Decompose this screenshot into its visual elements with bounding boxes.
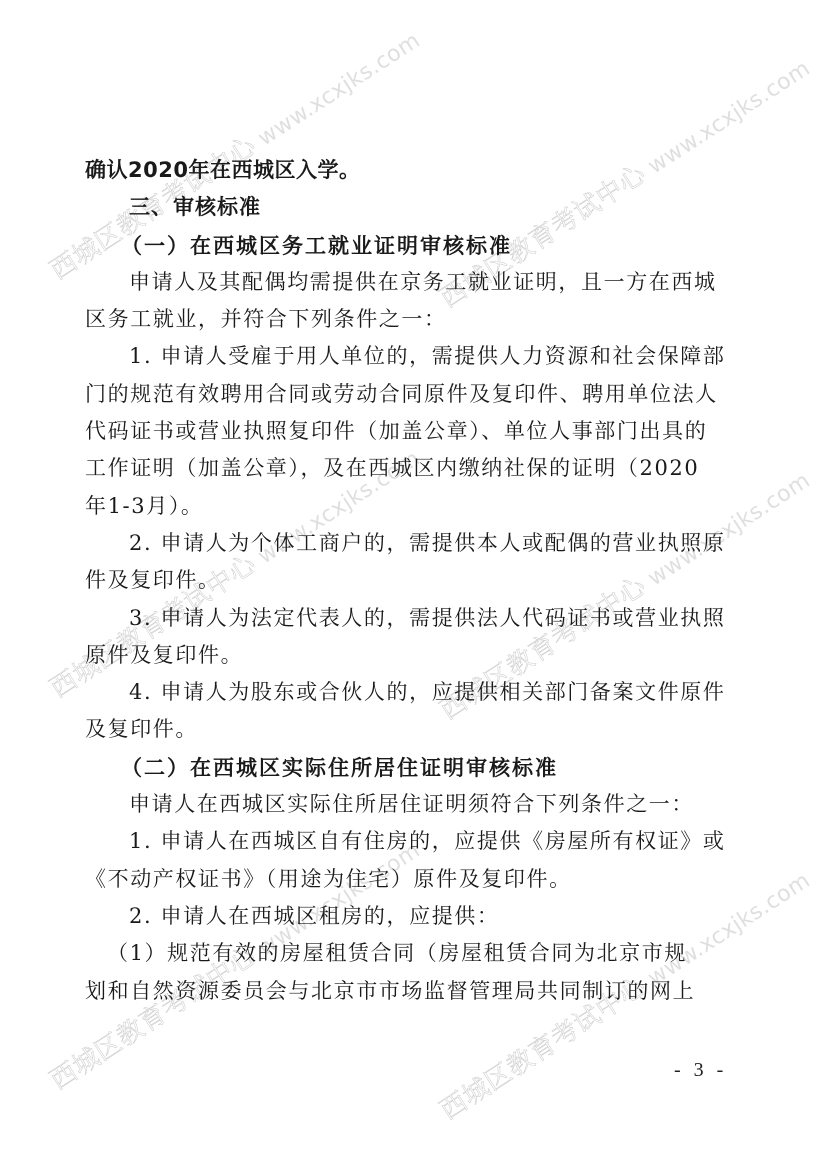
paragraph-line: 区务工就业，并符合下列条件之一： [85, 301, 725, 338]
sub-list-item-line: 划和自然资源委员会与北京市市场监督管理局共同制订的网上 [85, 973, 725, 1010]
watermark-url: www.xcxjks.com [254, 28, 425, 151]
list-item-line: 门的规范有效聘用合同或劳动合同原件及复印件、聘用单位法人 [85, 376, 725, 413]
list-item-line: 1. 申请人受雇于用人单位的，需提供人力资源和社会保障部 [85, 338, 725, 375]
document-page: 西城区教育考试中心 www.xcxjks.com 西城区教育考试中心 www.x… [0, 0, 826, 1169]
section-heading: 三、审核标准 [85, 189, 725, 226]
list-item-line: 《不动产权证书》（用途为住宅）原件及复印件。 [85, 861, 725, 898]
list-item-line: 代码证书或营业执照复印件（加盖公章）、单位人事部门出具的 [85, 413, 725, 450]
paragraph-line: 申请人在西城区实际住所居住证明须符合下列条件之一： [85, 786, 725, 823]
text-line: 确认2020年在西城区入学。 [85, 152, 725, 189]
list-item-line: 原件及复印件。 [85, 637, 725, 674]
subsection-heading: （一）在西城区务工就业证明审核标准 [85, 227, 725, 264]
page-number: - 3 - [674, 1059, 727, 1082]
list-item-line: 及复印件。 [85, 711, 725, 748]
list-item-line: 2. 申请人在西城区租房的，应提供： [85, 898, 725, 935]
sub-list-item-line: （1）规范有效的房屋租赁合同（房屋租赁合同为北京市规 [85, 935, 725, 972]
list-item-line: 工作证明（加盖公章），及在西城区内缴纳社保的证明（2020 [85, 450, 725, 487]
list-item-line: 3. 申请人为法定代表人的，需提供法人代码证书或营业执照 [85, 600, 725, 637]
list-item-line: 4. 申请人为股东或合伙人的，应提供相关部门备案文件原件 [85, 674, 725, 711]
list-item-line: 件及复印件。 [85, 562, 725, 599]
list-item-line: 年1-3月）。 [85, 488, 725, 525]
subsection-heading: （二）在西城区实际住所居住证明审核标准 [85, 749, 725, 786]
paragraph-line: 申请人及其配偶均需提供在京务工就业证明，且一方在西城 [85, 264, 725, 301]
list-item-line: 2. 申请人为个体工商户的，需提供本人或配偶的营业执照原 [85, 525, 725, 562]
document-body: 确认2020年在西城区入学。 三、审核标准 （一）在西城区务工就业证明审核标准 … [85, 152, 725, 1010]
list-item-line: 1. 申请人在西城区自有住房的，应提供《房屋所有权证》或 [85, 823, 725, 860]
